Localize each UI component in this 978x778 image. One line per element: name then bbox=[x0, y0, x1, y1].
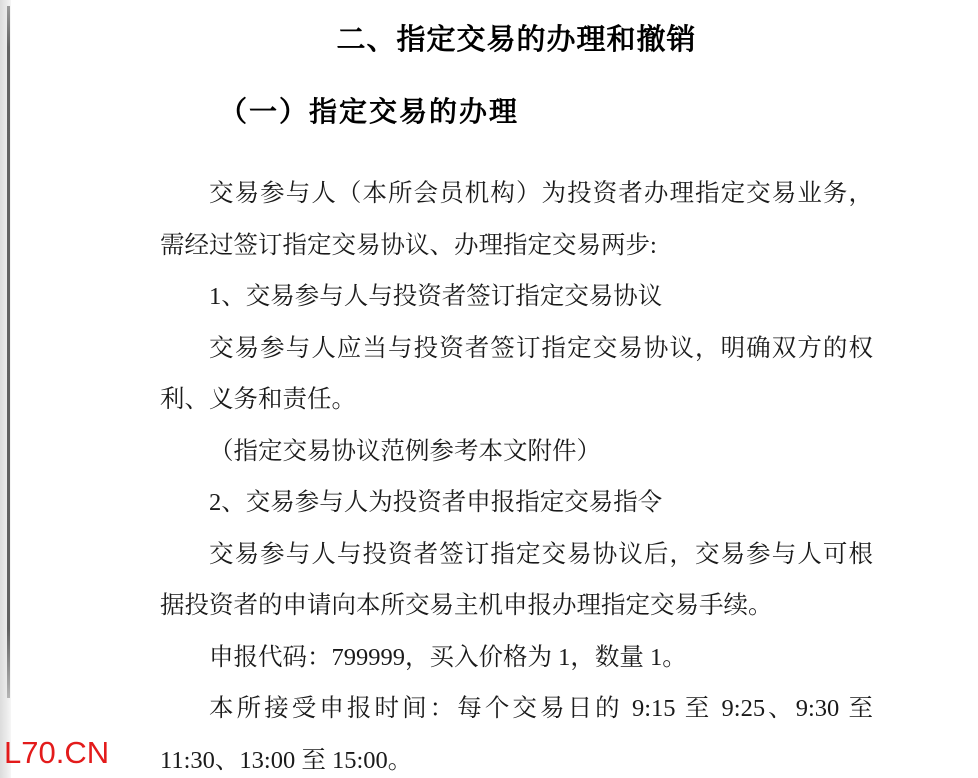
text-line: 需经过签订指定交易协议、办理指定交易两步: bbox=[160, 220, 873, 272]
text-line: 据投资者的申请向本所交易主机申报办理指定交易手续。 bbox=[160, 580, 873, 632]
text-line: 1、交易参与人与投资者签订指定交易协议 bbox=[160, 271, 873, 323]
watermark-text: L70.CN bbox=[4, 736, 109, 770]
page-edge-line bbox=[7, 6, 10, 698]
document-body: 交易参与人（本所会员机构）为投资者办理指定交易业务， 需经过签订指定交易协议、办… bbox=[160, 168, 873, 778]
section-heading: （一）指定交易的办理 bbox=[219, 94, 519, 132]
document-page: 二、指定交易的办理和撤销 （一）指定交易的办理 交易参与人（本所会员机构）为投资… bbox=[0, 0, 978, 778]
text-line: （指定交易协议范例参考本文附件） bbox=[160, 426, 873, 478]
document-title: 二、指定交易的办理和撤销 bbox=[160, 21, 873, 59]
text-line: 交易参与人应当与投资者签订指定交易协议，明确双方的权 bbox=[160, 323, 873, 375]
text-line: 交易参与人与投资者签订指定交易协议后，交易参与人可根 bbox=[160, 529, 873, 581]
text-line: 申报代码：799999，买入价格为 1，数量 1。 bbox=[160, 632, 873, 684]
text-line: 利、义务和责任。 bbox=[160, 374, 873, 426]
text-line: 11:30、13:00 至 15:00。 bbox=[160, 735, 873, 778]
text-line: 本所接受申报时间：每个交易日的 9:15 至 9:25、9:30 至 bbox=[160, 683, 873, 735]
text-line: 2、交易参与人为投资者申报指定交易指令 bbox=[160, 477, 873, 529]
text-line: 交易参与人（本所会员机构）为投资者办理指定交易业务， bbox=[160, 168, 873, 220]
